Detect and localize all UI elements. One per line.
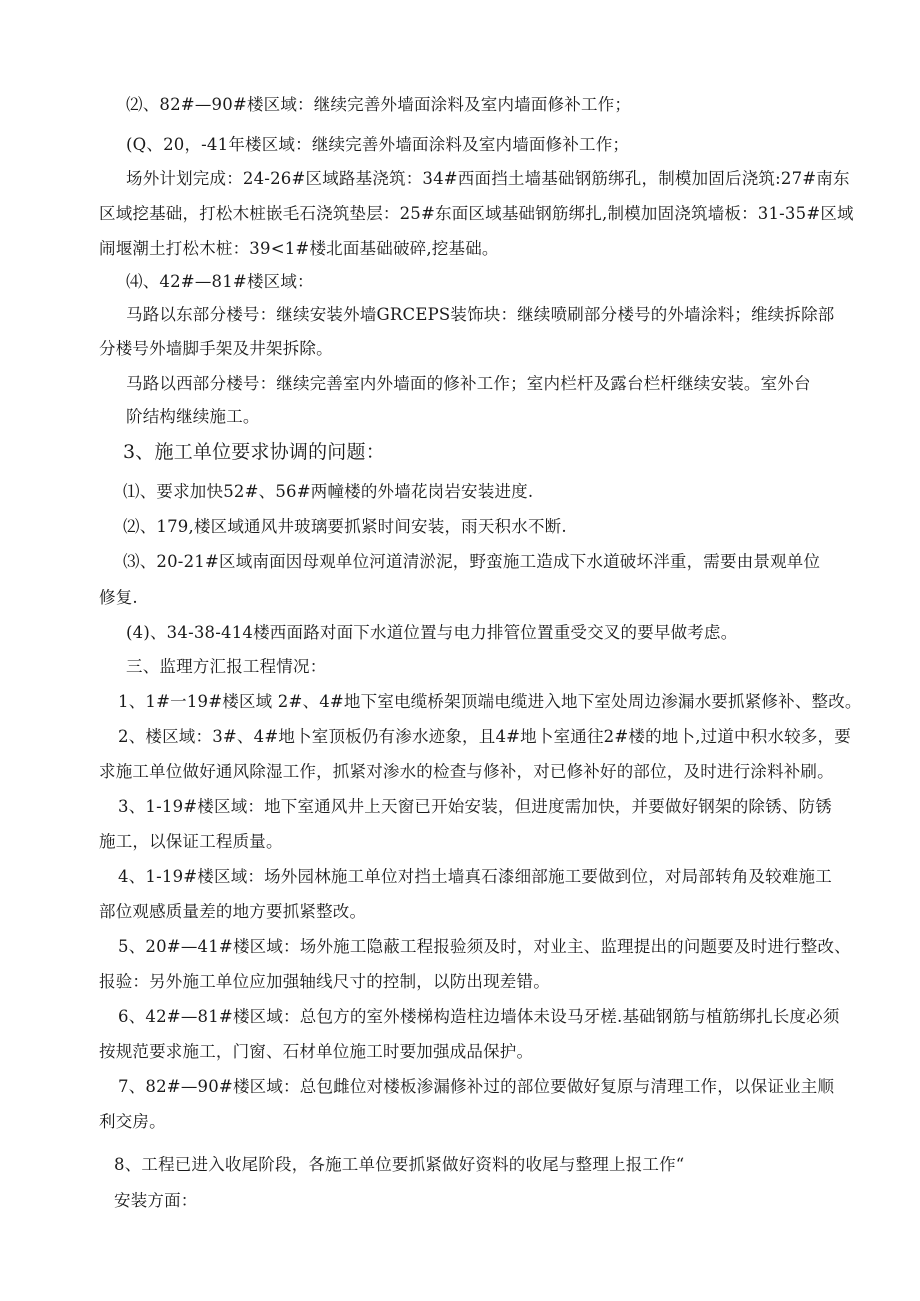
report-item-5-line-2: 报验：另外施工单位应加强轴线尺寸的控制，以防出现差错。 xyxy=(99,972,550,992)
coord-item-3-line-1: ⑶、20-21#区域南面因母观单位河道清淤泥，野蛮施工造成下水道破坏泮重，需要由… xyxy=(123,552,820,572)
report-item-2-line-2: 求施工单位做好通风除湿工作，抓紧对渗水的检查与修补，对已修补好的部位，及时进行涂… xyxy=(99,762,834,782)
report-item-4-line-1: 4、1-19#楼区域：场外园林施工单位对挡土墙真石漆细部施工要做到位，对局部转角… xyxy=(118,867,832,887)
report-item-4-line-2: 部位观感质量差的地方要抓紧整改。 xyxy=(99,902,366,922)
coord-item-4: (4)、34-38-414楼西面路对面下水道位置与电力排管位置重受交叉的要早做考… xyxy=(126,623,737,643)
report-item-5-line-1: 5、20#—41#楼区域：场外施工隐蔽工程报验须及时，对业主、监理提出的问题要及… xyxy=(118,937,851,957)
road-east-line-1: 马路以东部分楼号：继续安装外墙GRCEPS装饰块：继续喷刷部分楼号的外墙涂料；维… xyxy=(126,305,834,325)
report-item-7-line-1: 7、82#—90#楼区域：总包雌位对楼板渗漏修补过的部位要做好复原与清理工作，以… xyxy=(118,1077,834,1097)
report-item-3-line-2: 施工，以保证工程质量。 xyxy=(99,832,283,852)
road-east-line-2: 分楼号外墙脚手架及井架拆除。 xyxy=(99,339,333,359)
report-item-8: 8、工程已进入收尾阶段，各施工单位要抓紧做好资料的收尾与整理上报工作“ xyxy=(114,1155,684,1175)
outside-plan-line-3: 闹堰潮土打松木桩：39<1#楼北面基础破碎,挖基础。 xyxy=(99,239,499,259)
installation-heading: 安装方面： xyxy=(114,1191,198,1211)
road-west-line-1: 马路以西部分楼号：继续完善室内外墙面的修补工作；室内栏杆及露台栏杆继续安装。室外… xyxy=(126,374,811,394)
section-3-heading: 3、施工单位要求协调的问题： xyxy=(123,440,385,464)
report-item-6-line-2: 按规范要求施工，门窗、石材单位施工时要加强成品保护。 xyxy=(99,1042,533,1062)
item-4-42-81-area: ⑷、42#—81#楼区域： xyxy=(126,272,314,292)
report-item-7-line-2: 利交房。 xyxy=(99,1112,166,1132)
report-item-3-line-1: 3、1-19#楼区域：地下室通风井上天窗已开始安装，但进度需加快，并要做好钢架的… xyxy=(118,797,832,817)
document-page: ⑵、82#—90#楼区域：继续完善外墙面涂料及室内墙面修补工作； (Q、20，-… xyxy=(0,0,920,1301)
road-west-line-2: 阶结构继续施工。 xyxy=(126,407,260,427)
report-item-1: 1、1#一19#楼区域 2#、4#地下室电缆桥架顶端电缆进入地下室处周边渗漏水要… xyxy=(118,692,862,712)
item-q-20-41-area: (Q、20，-41年楼区域：继续完善外墙面涂料及室内墙面修补工作； xyxy=(126,135,629,155)
outside-plan-line-2: 区域挖基础，打松木桩嵌毛石浇筑垫层：25#东面区域基础钢筋绑扎,制模加固浇筑墙板… xyxy=(99,204,854,224)
section-iii-heading: 三、监理方汇报工程情况： xyxy=(126,657,326,677)
item-2-82-90-area: ⑵、82#—90#楼区域：继续完善外墙面涂料及室内墙面修补工作； xyxy=(126,95,631,115)
outside-plan-line-1: 场外计划完成：24-26#区域路基浇筑：34#西面挡土墙基础钢筋绑孔，制模加固后… xyxy=(126,169,850,189)
report-item-2-line-1: 2、楼区域：3#、4#地卜室顶板仍有渗水迹象，且4#地卜室通往2#楼的地卜,过道… xyxy=(118,727,851,747)
report-item-6-line-1: 6、42#—81#楼区域：总包方的室外楼梯构造柱边墙体未设马牙槎.基础钢筋与植筋… xyxy=(118,1007,840,1027)
coord-item-2: ⑵、179,楼区域通风井玻璃要抓紧时间安装，雨天积水不断. xyxy=(123,517,567,537)
coord-item-3-line-2: 修复. xyxy=(99,588,138,608)
coord-item-1: ⑴、要求加快52#、56#两幢楼的外墙花岗岩安装进度. xyxy=(123,482,533,502)
